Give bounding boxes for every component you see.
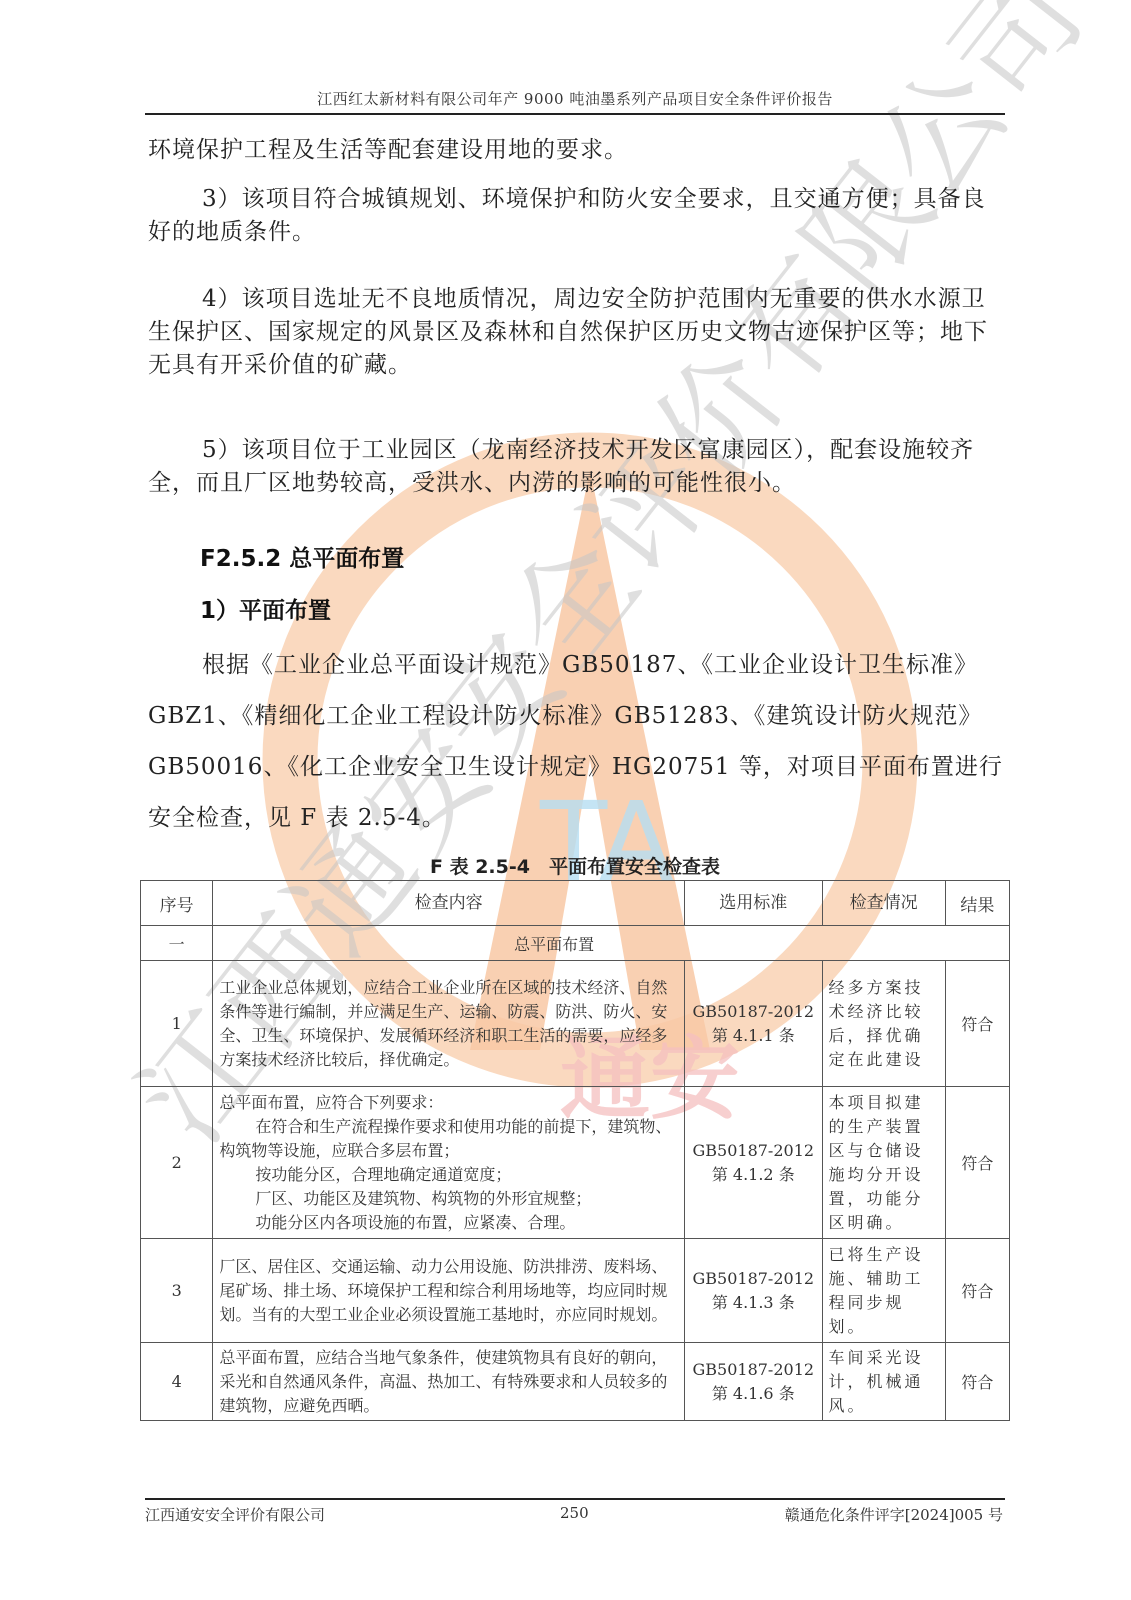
layout-safety-check-table: 序号 检查内容 选用标准 检查情况 结果 一 总平面布置 1 工业企业总体规划，… bbox=[140, 880, 1010, 1421]
col-header-content: 检查内容 bbox=[213, 881, 685, 926]
running-header-title: 江西红太新材料有限公司年产 9000 吨油墨系列产品项目安全条件评价报告 bbox=[140, 88, 1010, 109]
row-content: 厂区、居住区、交通运输、动力公用设施、防洪排涝、废料场、尾矿场、排土场、环境保护… bbox=[213, 1239, 685, 1343]
paragraph-item-5: 5）该项目位于工业园区（龙南经济技术开发区富康园区），配套设施较齐全，而且厂区地… bbox=[148, 434, 1008, 500]
row-standard: GB50187-2012 第 4.1.3 条 bbox=[685, 1239, 823, 1343]
standard-code: GB50187-2012 bbox=[691, 1000, 816, 1024]
standard-clause: 第 4.1.6 条 bbox=[691, 1382, 816, 1406]
paragraph-continuation: 环境保护工程及生活等配套建设用地的要求。 bbox=[148, 134, 1008, 167]
row-no: 2 bbox=[141, 1087, 213, 1239]
standard-code: GB50187-2012 bbox=[691, 1139, 816, 1163]
table-row: 4 总平面布置，应结合当地气象条件，使建筑物具有良好的朝向，采光和自然通风条件，… bbox=[141, 1343, 1010, 1421]
table-row: 1 工业企业总体规划，应结合工业企业所在区域的技术经济、自然条件等进行编制，并应… bbox=[141, 961, 1010, 1087]
content-line: 总平面布置，应符合下列要求： bbox=[219, 1091, 678, 1115]
col-header-standard: 选用标准 bbox=[685, 881, 823, 926]
content-line: 工业企业总体规划，应结合工业企业所在区域的技术经济、自然条件等进行编制，并应满足… bbox=[219, 976, 678, 1072]
content-line: 厂区、功能区及建筑物、构筑物的外形宜规整； bbox=[219, 1187, 678, 1211]
paragraph-item-4: 4）该项目选址无不良地质情况，周边安全防护范围内无重要的供水水源卫生保护区、国家… bbox=[148, 283, 1008, 382]
row-result: 符合 bbox=[945, 961, 1009, 1087]
table-header-row: 序号 检查内容 选用标准 检查情况 结果 bbox=[141, 881, 1010, 926]
row-standard: GB50187-2012 第 4.1.1 条 bbox=[685, 961, 823, 1087]
content-line: 在符合和生产流程操作要求和使用功能的前提下，建筑物、构筑物等设施，应联合多层布置… bbox=[219, 1115, 678, 1163]
row-situation: 已将生产设施、辅助工程同步规划。 bbox=[822, 1239, 945, 1343]
row-result: 符合 bbox=[945, 1087, 1009, 1239]
row-situation: 经多方案技术经济比较后，择优确定在此建设 bbox=[822, 961, 945, 1087]
standard-clause: 第 4.1.2 条 bbox=[691, 1163, 816, 1187]
row-situation: 本项目拟建的生产装置区与仓储设施均分开设置，功能分区明确。 bbox=[822, 1087, 945, 1239]
content-line: 厂区、居住区、交通运输、动力公用设施、防洪排涝、废料场、尾矿场、排土场、环境保护… bbox=[219, 1255, 678, 1327]
header-divider bbox=[145, 113, 1005, 115]
footer-divider bbox=[145, 1498, 1005, 1500]
col-header-situation: 检查情况 bbox=[822, 881, 945, 926]
table-row: 2 总平面布置，应符合下列要求： 在符合和生产流程操作要求和使用功能的前提下，建… bbox=[141, 1087, 1010, 1239]
table-section-row: 一 总平面布置 bbox=[141, 926, 1010, 961]
table-row: 3 厂区、居住区、交通运输、动力公用设施、防洪排涝、废料场、尾矿场、排土场、环境… bbox=[141, 1239, 1010, 1343]
row-no: 4 bbox=[141, 1343, 213, 1421]
standard-clause: 第 4.1.3 条 bbox=[691, 1291, 816, 1315]
footer-company: 江西通安安全评价有限公司 bbox=[145, 1504, 325, 1525]
section-no: 一 bbox=[141, 926, 213, 961]
row-standard: GB50187-2012 第 4.1.2 条 bbox=[685, 1087, 823, 1239]
row-no: 3 bbox=[141, 1239, 213, 1343]
content-line: 按功能分区，合理地确定通道宽度； bbox=[219, 1163, 678, 1187]
col-header-result: 结果 bbox=[945, 881, 1009, 926]
standard-code: GB50187-2012 bbox=[691, 1267, 816, 1291]
footer-page-number: 250 bbox=[560, 1504, 589, 1522]
standard-clause: 第 4.1.1 条 bbox=[691, 1024, 816, 1048]
row-no: 1 bbox=[141, 961, 213, 1087]
section-title: 总平面布置 bbox=[213, 926, 1010, 961]
content-line: 功能分区内各项设施的布置，应紧凑、合理。 bbox=[219, 1211, 678, 1235]
row-content: 工业企业总体规划，应结合工业企业所在区域的技术经济、自然条件等进行编制，并应满足… bbox=[213, 961, 685, 1087]
row-content: 总平面布置，应结合当地气象条件，使建筑物具有良好的朝向，采光和自然通风条件，高温… bbox=[213, 1343, 685, 1421]
row-standard: GB50187-2012 第 4.1.6 条 bbox=[685, 1343, 823, 1421]
table-caption: F 表 2.5-4 平面布置安全检查表 bbox=[140, 852, 1010, 879]
col-header-no: 序号 bbox=[141, 881, 213, 926]
row-content: 总平面布置，应符合下列要求： 在符合和生产流程操作要求和使用功能的前提下，建筑物… bbox=[213, 1087, 685, 1239]
document-page: 江西红太新材料有限公司年产 9000 吨油墨系列产品项目安全条件评价报告 环境保… bbox=[0, 0, 1131, 1600]
row-result: 符合 bbox=[945, 1239, 1009, 1343]
row-situation: 车间采光设计，机械通风。 bbox=[822, 1343, 945, 1421]
content-line: 总平面布置，应结合当地气象条件，使建筑物具有良好的朝向，采光和自然通风条件，高温… bbox=[219, 1346, 678, 1418]
footer-doc-number: 赣通危化条件评字[2024]005 号 bbox=[785, 1504, 1003, 1525]
paragraph-item-3: 3）该项目符合城镇规划、环境保护和防火安全要求，且交通方便；具备良好的地质条件。 bbox=[148, 183, 1008, 249]
row-result: 符合 bbox=[945, 1343, 1009, 1421]
subsection-heading: 1）平面布置 bbox=[200, 592, 331, 625]
intro-paragraph: 根据《工业企业总平面设计规范》GB50187、《工业企业设计卫生标准》GBZ1、… bbox=[148, 640, 1008, 844]
standard-code: GB50187-2012 bbox=[691, 1358, 816, 1382]
section-heading: F2.5.2 总平面布置 bbox=[200, 540, 404, 573]
